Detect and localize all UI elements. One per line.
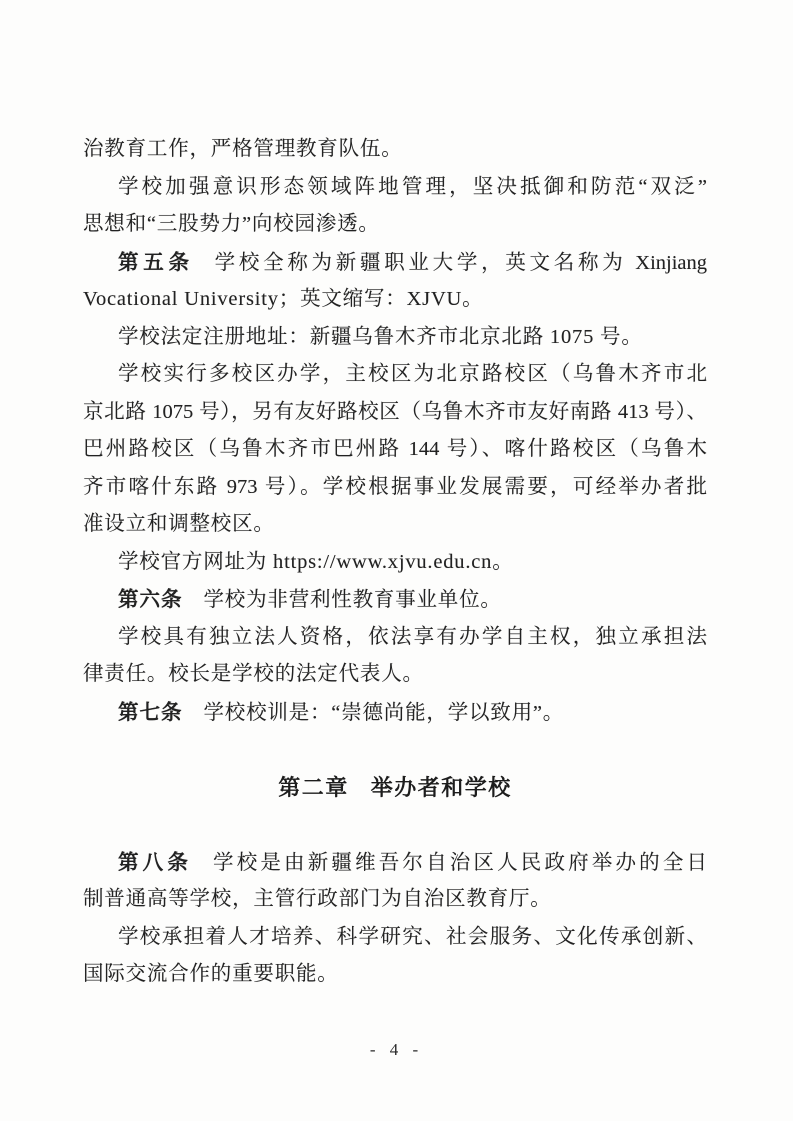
text-line: 第五条学校全称为新疆职业大学，英文名称为 Xinjiang <box>83 244 707 282</box>
page-number: - 4 - <box>0 1036 793 1064</box>
line-text: Vocational University；英文缩写：XJVU。 <box>83 288 483 310</box>
line-text: 思想和“三股势力”向校园渗透。 <box>83 213 380 235</box>
line-text: 学校全称为新疆职业大学，英文名称为 Xinjiang <box>215 252 707 274</box>
paragraph: 学校法定注册地址：新疆乌鲁木齐市北京北路 1075 号。 <box>83 319 707 357</box>
paragraph: 第七条学校校训是：“崇德尚能，学以致用”。 <box>83 694 707 732</box>
line-text: 学校官方网址为 https://www.xjvu.edu.cn。 <box>118 551 514 573</box>
chapter-number-label: 第二章 <box>278 775 349 800</box>
text-line: 齐市喀什东路 973 号）。学校根据事业发展需要，可经举办者批 <box>83 469 707 507</box>
text-line: 第六条学校为非营利性教育事业单位。 <box>83 581 707 619</box>
text-line: 国际交流合作的重要职能。 <box>83 956 707 994</box>
paragraph: 学校承担着人才培养、科学研究、社会服务、文化传承创新、国际交流合作的重要职能。 <box>83 919 707 994</box>
text-line: 思想和“三股势力”向校园渗透。 <box>83 206 707 244</box>
document-body: 治教育工作，严格管理教育队伍。学校加强意识形态领域阵地管理，坚决抵御和防范“双泛… <box>83 131 707 994</box>
text-line: Vocational University；英文缩写：XJVU。 <box>83 281 707 319</box>
text-line: 律责任。校长是学校的法定代表人。 <box>83 656 707 694</box>
text-line: 学校承担着人才培养、科学研究、社会服务、文化传承创新、 <box>83 919 707 957</box>
text-line: 学校法定注册地址：新疆乌鲁木齐市北京北路 1075 号。 <box>83 319 707 357</box>
chapter-heading: 第二章举办者和学校 <box>83 769 707 807</box>
line-text: 学校承担着人才培养、科学研究、社会服务、文化传承创新、 <box>118 926 707 948</box>
line-text: 巴州路校区（乌鲁木齐市巴州路 144 号）、喀什路校区（乌鲁木 <box>83 438 707 460</box>
line-text: 治教育工作，严格管理教育队伍。 <box>83 138 403 160</box>
paragraph: 第六条学校为非营利性教育事业单位。 <box>83 581 707 619</box>
paragraph: 学校具有独立法人资格，依法享有办学自主权，独立承担法律责任。校长是学校的法定代表… <box>83 619 707 694</box>
text-line: 准设立和调整校区。 <box>83 506 707 544</box>
text-line: 治教育工作，严格管理教育队伍。 <box>83 131 707 169</box>
text-line: 学校加强意识形态领域阵地管理，坚决抵御和防范“双泛” <box>83 169 707 207</box>
text-line: 学校官方网址为 https://www.xjvu.edu.cn。 <box>83 544 707 582</box>
line-text: 学校校训是：“崇德尚能，学以致用”。 <box>204 702 565 724</box>
line-text: 学校具有独立法人资格，依法享有办学自主权，独立承担法 <box>118 626 707 648</box>
paragraph: 第五条学校全称为新疆职业大学，英文名称为 XinjiangVocational … <box>83 244 707 319</box>
paragraph: 学校实行多校区办学，主校区为北京路校区（乌鲁木齐市北京北路 1075 号），另有… <box>83 356 707 544</box>
article-number-label: 第八条 <box>118 851 213 874</box>
line-text: 学校实行多校区办学，主校区为北京路校区（乌鲁木齐市北 <box>118 363 707 385</box>
line-text: 学校是由新疆维吾尔自治区人民政府举办的全日 <box>213 852 707 874</box>
line-text: 律责任。校长是学校的法定代表人。 <box>83 663 424 685</box>
line-text: 齐市喀什东路 973 号）。学校根据事业发展需要，可经举办者批 <box>83 476 707 498</box>
line-text: 准设立和调整校区。 <box>83 513 275 535</box>
text-line: 制普通高等学校，主管行政部门为自治区教育厅。 <box>83 881 707 919</box>
article-number-label: 第六条 <box>118 588 204 611</box>
article-number-label: 第七条 <box>118 701 204 724</box>
paragraph: 学校加强意识形态领域阵地管理，坚决抵御和防范“双泛”思想和“三股势力”向校园渗透… <box>83 169 707 244</box>
line-text: 学校为非营利性教育事业单位。 <box>204 589 502 611</box>
scanned-document-page: 治教育工作，严格管理教育队伍。学校加强意识形态领域阵地管理，坚决抵御和防范“双泛… <box>0 0 793 1121</box>
text-line: 学校实行多校区办学，主校区为北京路校区（乌鲁木齐市北 <box>83 356 707 394</box>
text-line: 第八条学校是由新疆维吾尔自治区人民政府举办的全日 <box>83 844 707 882</box>
chapter-title: 举办者和学校 <box>371 775 512 800</box>
line-text: 制普通高等学校，主管行政部门为自治区教育厅。 <box>83 888 552 910</box>
text-line: 京北路 1075 号），另有友好路校区（乌鲁木齐市友好南路 413 号）、 <box>83 394 707 432</box>
paragraph: 学校官方网址为 https://www.xjvu.edu.cn。 <box>83 544 707 582</box>
line-text: 国际交流合作的重要职能。 <box>83 963 339 985</box>
text-line: 学校具有独立法人资格，依法享有办学自主权，独立承担法 <box>83 619 707 657</box>
line-text: 学校加强意识形态领域阵地管理，坚决抵御和防范“双泛” <box>118 176 707 198</box>
article-number-label: 第五条 <box>118 251 215 274</box>
paragraph: 第八条学校是由新疆维吾尔自治区人民政府举办的全日制普通高等学校，主管行政部门为自… <box>83 844 707 919</box>
text-line: 第七条学校校训是：“崇德尚能，学以致用”。 <box>83 694 707 732</box>
paragraph: 治教育工作，严格管理教育队伍。 <box>83 131 707 169</box>
text-line: 巴州路校区（乌鲁木齐市巴州路 144 号）、喀什路校区（乌鲁木 <box>83 431 707 469</box>
line-text: 京北路 1075 号），另有友好路校区（乌鲁木齐市友好南路 413 号）、 <box>83 401 707 423</box>
line-text: 学校法定注册地址：新疆乌鲁木齐市北京北路 1075 号。 <box>118 326 643 348</box>
